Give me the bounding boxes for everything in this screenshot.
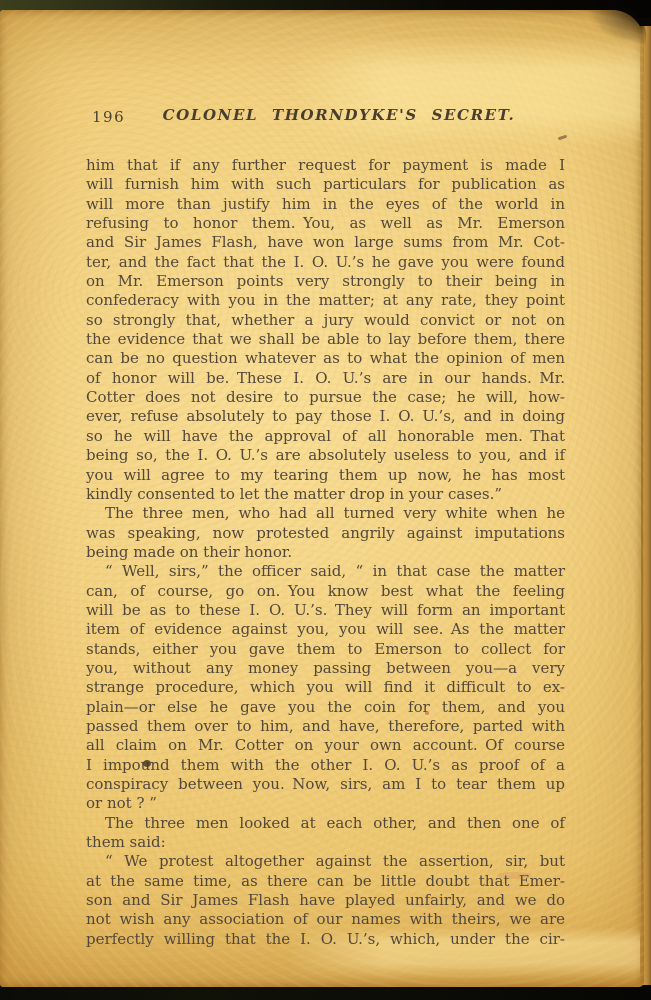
text-line: ever, refuse absolutely to pay those I. … (86, 407, 565, 426)
book-photo: { "page": { "number": "196", "running_ti… (0, 0, 651, 1000)
text-line: so strongly that, whether a jury would c… (86, 311, 565, 330)
text-line: confederacy with you in the matter; at a… (86, 291, 565, 310)
text-line: was speaking, now protested angrily agai… (86, 524, 565, 543)
text-line: ter, and the fact that the I. O. U.’s he… (86, 253, 565, 272)
text-line: him that if any further request for paym… (86, 156, 565, 175)
text-line: “ Well, sirs,” the officer said, “ in th… (86, 562, 565, 581)
ink-blot-speck (143, 760, 151, 767)
text-line: The three men looked at each other, and … (86, 814, 565, 833)
text-line: of honor will be. These I. O. U.’s are i… (86, 369, 565, 388)
book-background-bottom (0, 986, 651, 1000)
text-line: at the same time, as there can be little… (86, 872, 565, 891)
text-line: son and Sir James Flash have played unfa… (86, 891, 565, 910)
text-line: or not ? ” (86, 794, 565, 813)
text-line: and Sir James Flash, have won large sums… (86, 233, 565, 252)
book-page: 196 COLONEL THORNDYKE'S SECRET. him that… (0, 10, 644, 987)
text-line: stands, either you gave them to Emerson … (86, 640, 565, 659)
running-title: COLONEL THORNDYKE'S SECRET. (86, 106, 566, 124)
text-line: refusing to honor them. You, as well as … (86, 214, 565, 233)
text-line: can be no question whatever as to what t… (86, 349, 565, 368)
red-smudge (497, 872, 531, 879)
text-line: conspiracy between you. Now, sirs, am I … (86, 775, 565, 794)
text-line: so he will have the approval of all hono… (86, 427, 565, 446)
text-line: perfectly willing that the I. O. U.’s, w… (86, 930, 565, 949)
text-line: Cotter does not desire to pursue the cas… (86, 388, 565, 407)
red-speck (425, 711, 429, 715)
text-line: can, of course, go on. You know best wha… (86, 582, 565, 601)
text-line: plain—or else he gave you the coin for t… (86, 698, 565, 717)
text-line: on Mr. Emerson points very strongly to t… (86, 272, 565, 291)
text-line: being made on their honor. (86, 543, 565, 562)
text-line: you, without any money passing between y… (86, 659, 565, 678)
text-line: not wish any association of our names wi… (86, 910, 565, 929)
text-line: I impound them with the other I. O. U.’s… (86, 756, 565, 775)
text-line: will furnish him with such particulars f… (86, 175, 565, 194)
text-line: passed them over to him, and have, there… (86, 717, 565, 736)
text-line: “ We protest altogether against the asse… (86, 852, 565, 871)
text-line: will more than justify him in the eyes o… (86, 195, 565, 214)
page-fold-line (641, 70, 643, 947)
text-line: you will agree to my tearing them up now… (86, 466, 565, 485)
text-line: The three men, who had all turned very w… (86, 504, 565, 523)
text-line: the evidence that we shall be able to la… (86, 330, 565, 349)
page-header: 196 COLONEL THORNDYKE'S SECRET. (86, 106, 566, 132)
page-number: 196 (92, 108, 125, 126)
body-text: him that if any further request for paym… (86, 156, 565, 949)
text-line: them said: (86, 833, 565, 852)
text-line: all claim on Mr. Cotter on your own acco… (86, 736, 565, 755)
text-line: kindly consented to let the matter drop … (86, 485, 565, 504)
text-line: will be as to these I. O. U.’s. They wil… (86, 601, 565, 620)
text-line: being so, the I. O. U.’s are absolutely … (86, 446, 565, 465)
text-line: strange procedure, which you will find i… (86, 678, 565, 697)
text-line: item of evidence against you, you will s… (86, 620, 565, 639)
